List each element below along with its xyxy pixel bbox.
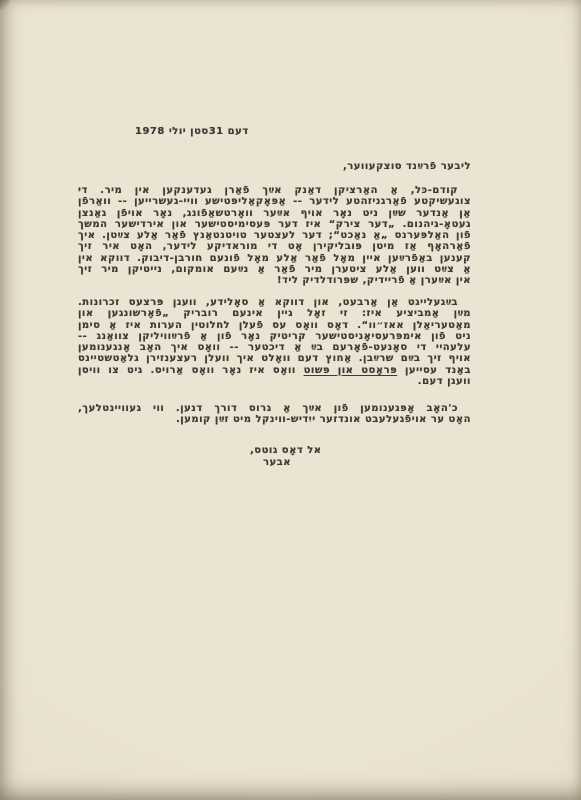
paragraph: כ'האָב אָפּגענומען פֿון אײַך אַ גרוס דור… bbox=[78, 403, 471, 426]
text-segment: וועגן דעם. bbox=[418, 376, 471, 387]
letter-line: בײַגעלייגט אַן אַרבעט, און דווקא אַ סאָל… bbox=[78, 297, 471, 308]
underlined-book-title: פּראָסט און פּשוט bbox=[304, 365, 398, 376]
letter-line: באַנד עסייען פּראָסט און פּשוט וואָס איז… bbox=[78, 365, 471, 376]
text-segment: אויף זיך בײַם שרײַבן. אַחוץ דעם וואָלט א… bbox=[78, 353, 471, 364]
letter-line: אַן אַנדער שײַן ניט נאָר אויף אײַער וואָ… bbox=[78, 208, 471, 219]
text-segment: וואָס איז נאָר וואָס אַרויס. גיט צו וויס… bbox=[78, 365, 304, 376]
letter-page: דעם 31סטן יולי 1978 ליבער פֿרײַנד סוצקעו… bbox=[0, 0, 581, 800]
text-segment: געטאָ-גיהנום. „דער צירק“ איז דער פּעסימי… bbox=[78, 219, 471, 230]
letter-closing: אל דאָס גוטס, bbox=[250, 445, 322, 457]
paragraph: קודם-כּל, אַ האַרציקן דאַנק אײַך פֿאַרן … bbox=[78, 185, 471, 287]
text-segment: מײַן אַמביציע איז: זי זאָל גיין אינעם רו… bbox=[78, 308, 471, 319]
letter-line: אין אײַערן אַ פֿריידיק, שפּרודלדיק ליד! bbox=[78, 275, 471, 286]
letter-salutation: ליבער פֿרײַנד סוצקעווער, bbox=[343, 161, 471, 173]
letter-line: קענען באַפֿרײַען איין מאָל פֿאַר אַלע מא… bbox=[78, 253, 471, 264]
text-segment: אַן אַנדער שײַן ניט נאָר אויף אײַער וואָ… bbox=[78, 208, 471, 219]
letter-line: ניט פֿון אימפּרעסיאָניסטישער קריטיק נאָר… bbox=[78, 331, 471, 342]
text-segment: כ'האָב אָפּגענומען פֿון אײַך אַ גרוס דור… bbox=[78, 403, 458, 414]
letter-line: וועגן דעם. bbox=[78, 376, 471, 387]
letter-line: כ'האָב אָפּגענומען פֿון אײַך אַ גרוס דור… bbox=[78, 403, 471, 414]
scan-corner-mark bbox=[0, 0, 10, 10]
letter-line: פֿאַרהאָף אַז מיטן פּובליקירן אָט די מור… bbox=[78, 241, 471, 252]
letter-line: אויף זיך בײַם שרײַבן. אַחוץ דעם וואָלט א… bbox=[78, 353, 471, 364]
letter-signature: אבער bbox=[263, 457, 291, 469]
text-segment: קודם-כּל, אַ האַרציקן דאַנק אײַך פֿאַרן … bbox=[78, 185, 458, 196]
text-segment: פֿאַרהאָף אַז מיטן פּובליקירן אָט די מור… bbox=[78, 241, 471, 252]
text-segment: קענען באַפֿרײַען איין מאָל פֿאַר אַלע מא… bbox=[78, 253, 471, 264]
letter-date: דעם 31סטן יולי 1978 bbox=[135, 126, 249, 138]
text-segment: האָט ער אויפֿגעלעבט אונדזער ייִדיש-ווינק… bbox=[176, 414, 471, 425]
letter-line: מײַן אַמביציע איז: זי זאָל גיין אינעם רו… bbox=[78, 308, 471, 319]
text-segment: באַנד עסייען bbox=[397, 365, 471, 376]
letter-line: פֿון האַלפּערנס „אַ נאַכט“; דער לעצטער ט… bbox=[78, 230, 471, 241]
text-segment: בײַגעלייגט אַן אַרבעט, און דווקא אַ סאָל… bbox=[78, 297, 458, 308]
letter-line: אַ צײַט ווען אַלע ציטערן מיר פֿאַר אַ נײ… bbox=[78, 264, 471, 275]
text-segment: אַ צײַט ווען אַלע ציטערן מיר פֿאַר אַ נײ… bbox=[78, 264, 471, 275]
paragraph: בײַגעלייגט אַן אַרבעט, און דווקא אַ סאָל… bbox=[78, 297, 471, 387]
scan-vignette bbox=[0, 0, 581, 800]
letter-line: געטאָ-גיהנום. „דער צירק“ איז דער פּעסימי… bbox=[78, 219, 471, 230]
text-segment: פֿון האַלפּערנס „אַ נאַכט“; דער לעצטער ט… bbox=[78, 230, 471, 241]
letter-line: צוגעשיקטע פֿאַרגניזהטע לידער -- אַפּאָקא… bbox=[78, 196, 471, 207]
text-segment: ניט פֿון אימפּרעסיאָניסטישער קריטיק נאָר… bbox=[78, 331, 471, 342]
letter-line: מאַטעריאַלן אאז״וו“. דאָס וואָס עס פֿעלן… bbox=[78, 320, 471, 331]
letter-line: האָט ער אויפֿגעלעבט אונדזער ייִדיש-ווינק… bbox=[78, 414, 471, 425]
text-segment: אין אײַערן אַ פֿריידיק, שפּרודלדיק ליד! bbox=[277, 275, 471, 286]
letter-line: קודם-כּל, אַ האַרציקן דאַנק אײַך פֿאַרן … bbox=[78, 185, 471, 196]
text-segment: עלעהיי די סאָנעט-פֿאָרעם בײַ אַ דיכטער -… bbox=[78, 342, 471, 353]
text-segment: צוגעשיקטע פֿאַרגניזהטע לידער -- אַפּאָקא… bbox=[78, 196, 471, 207]
text-segment: מאַטעריאַלן אאז״וו“. דאָס וואָס עס פֿעלן… bbox=[78, 320, 471, 331]
letter-line: עלעהיי די סאָנעט-פֿאָרעם בײַ אַ דיכטער -… bbox=[78, 342, 471, 353]
